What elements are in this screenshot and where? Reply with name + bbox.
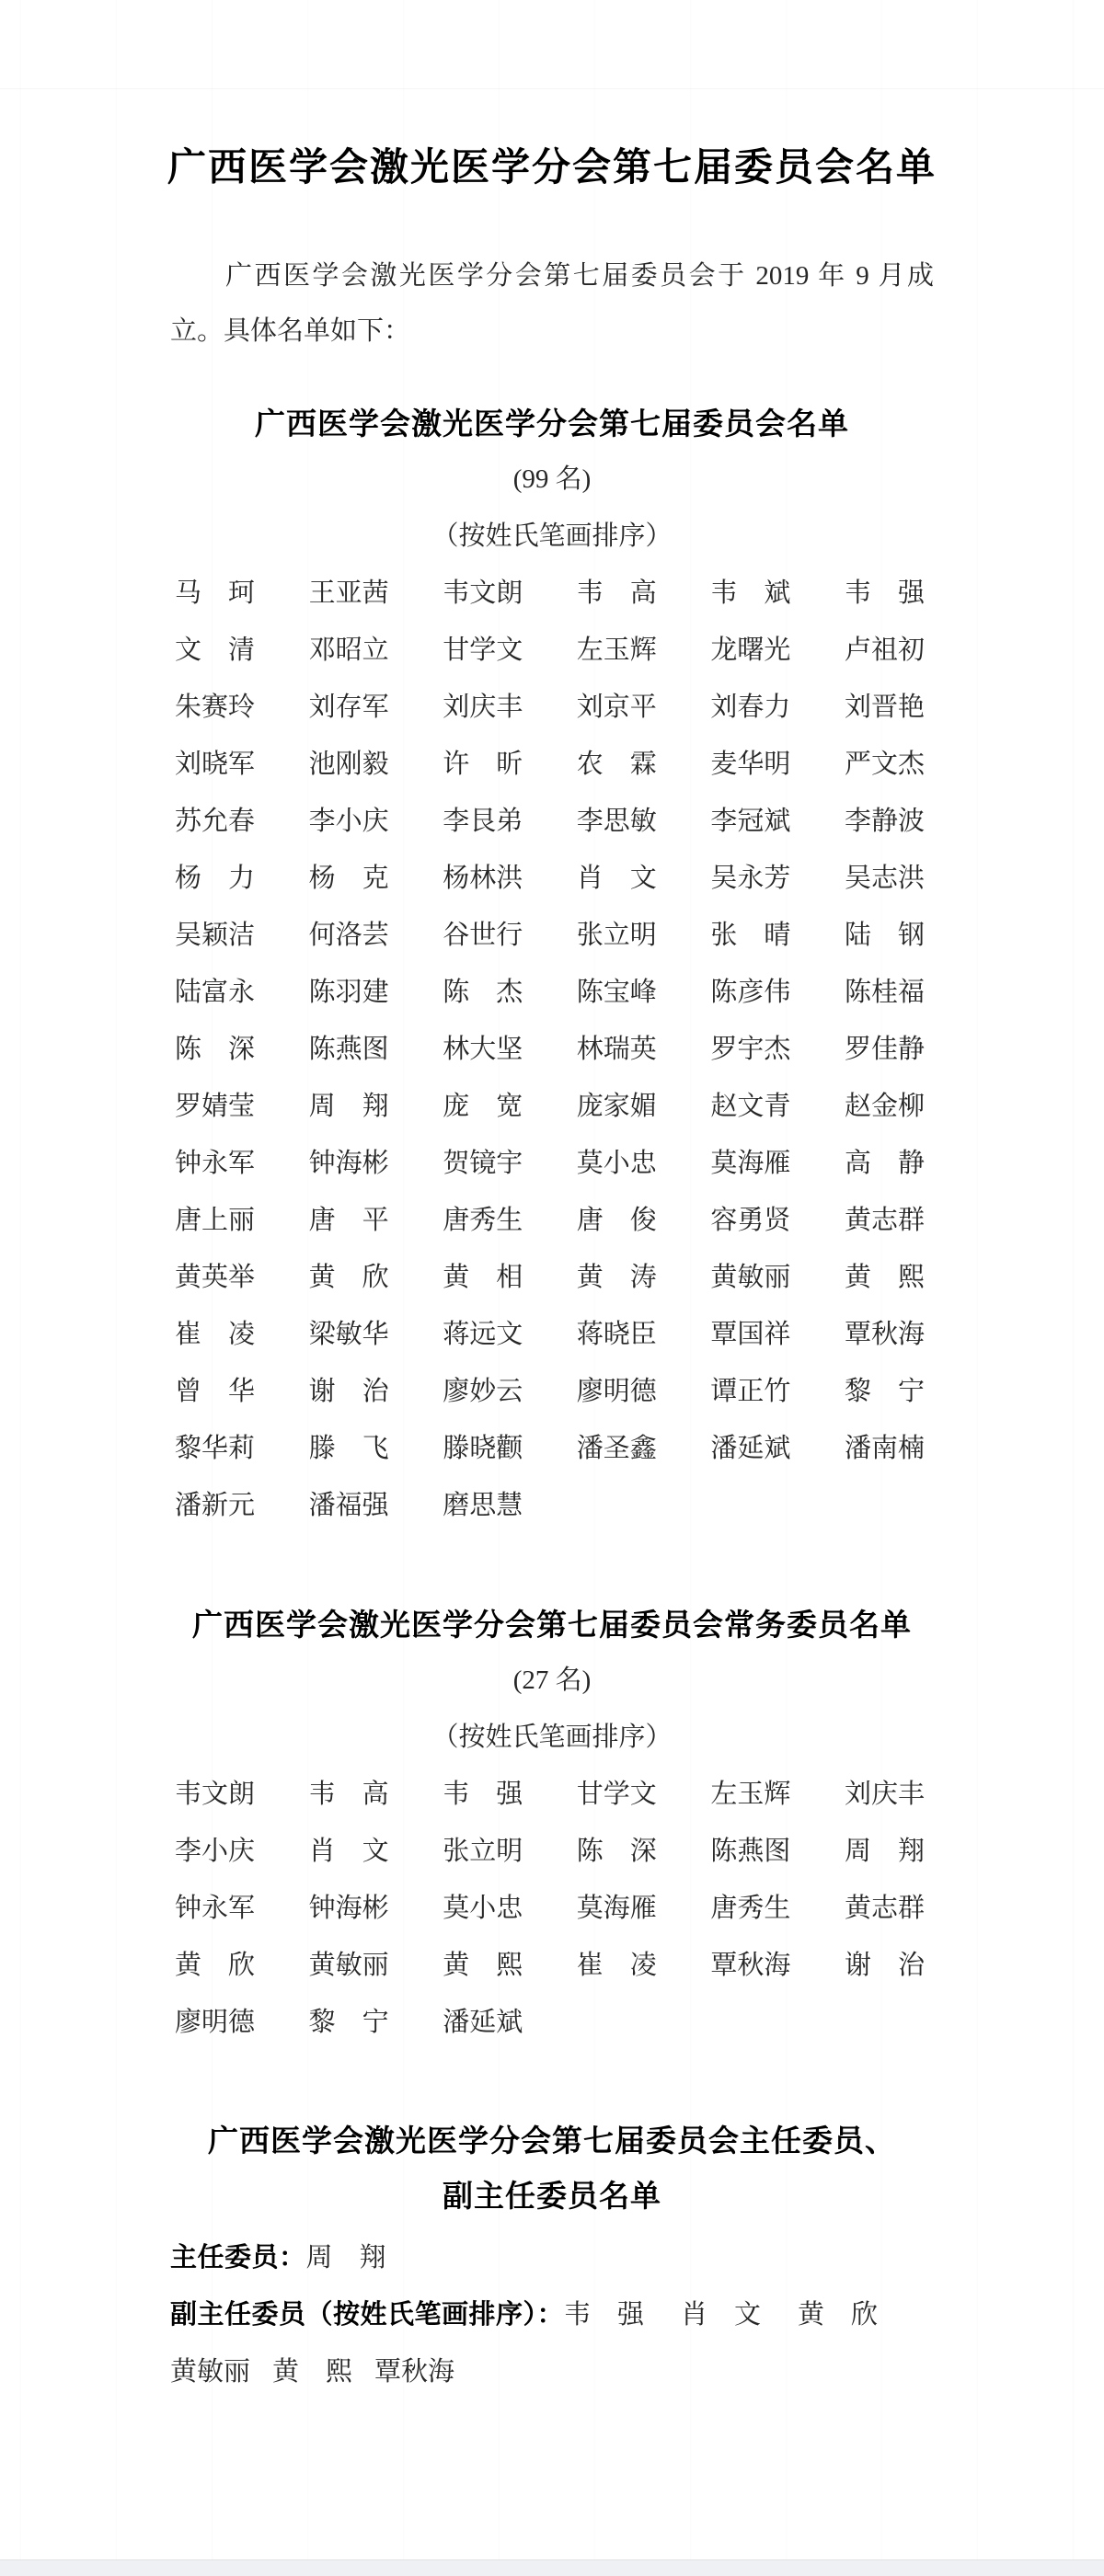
member-name: 张 晴: [710, 907, 795, 964]
member-name: 黄英举: [175, 1249, 259, 1306]
member-name: 韦 强: [845, 565, 929, 622]
member-name: 曾 华: [175, 1363, 259, 1420]
member-name: 林瑞英: [577, 1021, 661, 1078]
member-name: 杨 克: [309, 850, 394, 907]
vice-chairmen-line: 副主任委员（按姓氏笔画排序）：韦 强肖 文黄 欣: [170, 2286, 1104, 2343]
member-name: 刘庆丰: [845, 1766, 929, 1823]
member-name: 钟永军: [175, 1135, 259, 1192]
section-heading-line: 副主任委员名单: [0, 2169, 1104, 2224]
member-name: 韦 高: [577, 565, 661, 622]
member-name: 周 翔: [845, 1823, 929, 1880]
member-name: 磨思慧: [443, 1477, 527, 1534]
member-name: [577, 1477, 661, 1534]
member-name: 容勇贤: [710, 1192, 795, 1249]
member-name: 张立明: [443, 1823, 527, 1880]
chairman-line: 主任委员：周 翔: [170, 2229, 1104, 2286]
member-row: 文 清邓昭立甘学文左玉辉龙曙光卢祖初: [175, 622, 929, 679]
member-name: 苏允春: [175, 793, 259, 850]
member-name: 黎 宁: [845, 1363, 929, 1420]
member-row: 黎华莉滕 飞滕晓颧潘圣鑫潘延斌潘南楠: [175, 1420, 929, 1477]
chairman-label: 主任委员：: [170, 2243, 306, 2273]
member-name: 陈 深: [175, 1021, 259, 1078]
member-name: 谢 治: [845, 1937, 929, 1994]
member-name: 刘春力: [710, 679, 795, 736]
member-name: 吴志洪: [845, 850, 929, 907]
member-name: 钟永军: [175, 1880, 259, 1937]
member-name: 刘京平: [577, 679, 661, 736]
chairman-name: 周 翔: [306, 2243, 386, 2273]
member-name: 林大坚: [443, 1021, 527, 1078]
sort-order-label: （按姓氏笔画排序）: [0, 1709, 1104, 1766]
member-name: 李艮弟: [443, 793, 527, 850]
member-count-label: (99 名): [0, 451, 1104, 508]
member-name: 罗佳静: [845, 1021, 929, 1078]
member-name: 杨 力: [175, 850, 259, 907]
member-name: 唐秀生: [710, 1880, 795, 1937]
member-name: 陈燕图: [309, 1021, 394, 1078]
member-name: 周 翔: [309, 1078, 394, 1135]
member-row: 崔 凌梁敏华蒋远文蒋晓臣覃国祥覃秋海: [175, 1306, 929, 1363]
member-name: 朱赛玲: [175, 679, 259, 736]
officer-name: 黄 欣: [798, 2300, 878, 2330]
member-name: 马 珂: [175, 565, 259, 622]
member-name: 池刚毅: [309, 736, 394, 793]
member-name: 高 静: [845, 1135, 929, 1192]
member-name: 唐 俊: [577, 1192, 661, 1249]
member-name: 文 清: [175, 622, 259, 679]
member-name: 韦 强: [443, 1766, 527, 1823]
member-name: 李小庆: [175, 1823, 259, 1880]
member-row: 曾 华谢 治廖妙云廖明德谭正竹黎 宁: [175, 1363, 929, 1420]
member-name: 韦文朗: [443, 565, 527, 622]
member-name: 肖 文: [577, 850, 661, 907]
member-name: 刘晋艳: [845, 679, 929, 736]
member-name: 潘延斌: [443, 1994, 527, 2051]
section-heading-committee: 广西医学会激光医学分会第七届委员会名单: [0, 397, 1104, 451]
member-row: 罗婧莹周 翔庞 宽庞家媚赵文青赵金柳: [175, 1078, 929, 1135]
member-row: 黄英举黄 欣黄 相黄 涛黄敏丽黄 熙: [175, 1249, 929, 1306]
member-name: 刘存军: [309, 679, 394, 736]
member-name: 黄 涛: [577, 1249, 661, 1306]
member-name: 张立明: [577, 907, 661, 964]
member-name: 左玉辉: [710, 1766, 795, 1823]
member-name: [710, 1477, 795, 1534]
officer-name: 黄 熙: [272, 2357, 352, 2387]
member-name: 李小庆: [309, 793, 394, 850]
member-name: 谷世行: [443, 907, 527, 964]
officer-name: 覃秋海: [374, 2357, 454, 2387]
member-name: 滕 飞: [309, 1420, 394, 1477]
member-row: 马 珂王亚茜韦文朗韦 高韦 斌韦 强: [175, 565, 929, 622]
member-row: 苏允春李小庆李艮弟李思敏李冠斌李静波: [175, 793, 929, 850]
member-row: 李小庆肖 文张立明陈 深陈燕图周 翔: [175, 1823, 929, 1880]
member-name: 何洛芸: [309, 907, 394, 964]
member-name: 王亚茜: [309, 565, 394, 622]
member-row: 朱赛玲刘存军刘庆丰刘京平刘春力刘晋艳: [175, 679, 929, 736]
member-name: 滕晓颧: [443, 1420, 527, 1477]
committee-name-grid: 马 珂王亚茜韦文朗韦 高韦 斌韦 强文 清邓昭立甘学文左玉辉龙曙光卢祖初朱赛玲刘…: [175, 565, 929, 1534]
member-row: 唐上丽唐 平唐秀生唐 俊容勇贤黄志群: [175, 1192, 929, 1249]
member-name: 韦文朗: [175, 1766, 259, 1823]
member-name: 农 霖: [577, 736, 661, 793]
member-name: 黄志群: [845, 1880, 929, 1937]
member-name: 甘学文: [577, 1766, 661, 1823]
member-name: 李思敏: [577, 793, 661, 850]
member-name: 黄 熙: [845, 1249, 929, 1306]
member-name: 卢祖初: [845, 622, 929, 679]
member-row: 钟永军钟海彬贺镜宇莫小忠莫海雁高 静: [175, 1135, 929, 1192]
sort-order-label: （按姓氏笔画排序）: [0, 508, 1104, 565]
member-row: 刘晓军池刚毅许 昕农 霖麦华明严文杰: [175, 736, 929, 793]
member-name: 潘延斌: [710, 1420, 795, 1477]
member-name: 李静波: [845, 793, 929, 850]
vice-chairmen-label: 副主任委员（按姓氏笔画排序）：: [170, 2300, 564, 2330]
member-name: 黎 宁: [309, 1994, 394, 2051]
member-name: 陈 杰: [443, 964, 527, 1021]
member-name: 唐上丽: [175, 1192, 259, 1249]
member-name: 谭正竹: [710, 1363, 795, 1420]
document-page: 广西医学会激光医学分会第七届委员会名单 广西医学会激光医学分会第七届委员会于 2…: [0, 0, 1104, 2576]
faint-grid-line: [0, 88, 1104, 89]
member-name: 潘福强: [309, 1477, 394, 1534]
member-name: 莫小忠: [443, 1880, 527, 1937]
section-heading-standing-committee: 广西医学会激光医学分会第七届委员会常务委员名单: [0, 1598, 1104, 1652]
member-name: 左玉辉: [577, 622, 661, 679]
intro-paragraph: 广西医学会激光医学分会第七届委员会于 2019 年 9 月成 立。具体名单如下：: [170, 248, 934, 359]
member-name: 覃国祥: [710, 1306, 795, 1363]
member-name: 杨林洪: [443, 850, 527, 907]
member-name: 陆富永: [175, 964, 259, 1021]
member-name: 吴永芳: [710, 850, 795, 907]
member-name: 谢 治: [309, 1363, 394, 1420]
member-count-label: (27 名): [0, 1652, 1104, 1709]
vice-chairmen-names: 黄敏丽黄 熙覃秋海: [170, 2357, 477, 2387]
member-name: 黄敏丽: [309, 1937, 394, 1994]
member-name: 庞家媚: [577, 1078, 661, 1135]
member-name: 莫海雁: [577, 1880, 661, 1937]
member-name: 黄 欣: [175, 1937, 259, 1994]
member-row: 潘新元潘福强磨思慧: [175, 1477, 929, 1534]
member-name: 贺镜宇: [443, 1135, 527, 1192]
member-name: 蒋晓臣: [577, 1306, 661, 1363]
member-name: 覃秋海: [710, 1937, 795, 1994]
standing-committee-name-grid: 韦文朗韦 高韦 强甘学文左玉辉刘庆丰李小庆肖 文张立明陈 深陈燕图周 翔钟永军钟…: [175, 1766, 929, 2051]
section-heading-line: 广西医学会激光医学分会第七届委员会主任委员、: [0, 2113, 1104, 2169]
member-name: 崔 凌: [577, 1937, 661, 1994]
officers-block: 主任委员：周 翔 副主任委员（按姓氏笔画排序）：韦 强肖 文黄 欣 黄敏丽黄 熙…: [170, 2229, 1104, 2400]
member-name: 罗宇杰: [710, 1021, 795, 1078]
member-name: [845, 1994, 929, 2051]
member-name: 严文杰: [845, 736, 929, 793]
member-name: 梁敏华: [309, 1306, 394, 1363]
intro-line: 广西医学会激光医学分会第七届委员会于 2019 年 9 月成: [170, 248, 934, 303]
member-name: 黄志群: [845, 1192, 929, 1249]
member-row: 吴颖洁何洛芸谷世行张立明张 晴陆 钢: [175, 907, 929, 964]
member-name: 龙曙光: [710, 622, 795, 679]
page-bottom-strip: [0, 2559, 1104, 2576]
member-name: 许 昕: [443, 736, 527, 793]
member-name: 廖明德: [175, 1994, 259, 2051]
member-name: 崔 凌: [175, 1306, 259, 1363]
member-name: 钟海彬: [309, 1880, 394, 1937]
member-name: 刘晓军: [175, 736, 259, 793]
member-name: 陈燕图: [710, 1823, 795, 1880]
member-name: 陈宝峰: [577, 964, 661, 1021]
vice-chairmen-names: 韦 强肖 文黄 欣: [564, 2300, 914, 2330]
intro-line: 立。具体名单如下：: [170, 303, 934, 359]
member-name: 罗婧莹: [175, 1078, 259, 1135]
member-name: 廖妙云: [443, 1363, 527, 1420]
member-name: [845, 1477, 929, 1534]
member-name: 黄 相: [443, 1249, 527, 1306]
section-heading-chairs: 广西医学会激光医学分会第七届委员会主任委员、 副主任委员名单: [0, 2113, 1104, 2224]
member-row: 韦文朗韦 高韦 强甘学文左玉辉刘庆丰: [175, 1766, 929, 1823]
member-name: 韦 斌: [710, 565, 795, 622]
member-name: 唐 平: [309, 1192, 394, 1249]
member-name: 陈羽建: [309, 964, 394, 1021]
member-name: 蒋远文: [443, 1306, 527, 1363]
member-name: 陈桂福: [845, 964, 929, 1021]
document-title: 广西医学会激光医学分会第七届委员会名单: [0, 0, 1104, 191]
member-name: 莫海雁: [710, 1135, 795, 1192]
member-name: 庞 宽: [443, 1078, 527, 1135]
officer-name: 肖 文: [681, 2300, 761, 2330]
member-row: 钟永军钟海彬莫小忠莫海雁唐秀生黄志群: [175, 1880, 929, 1937]
member-name: 吴颖洁: [175, 907, 259, 964]
vice-chairmen-line-wrap: 黄敏丽黄 熙覃秋海: [170, 2343, 1104, 2400]
member-row: 廖明德黎 宁潘延斌: [175, 1994, 929, 2051]
member-name: 陈彦伟: [710, 964, 795, 1021]
member-name: 陆 钢: [845, 907, 929, 964]
member-name: 覃秋海: [845, 1306, 929, 1363]
member-row: 陈 深陈燕图林大坚林瑞英罗宇杰罗佳静: [175, 1021, 929, 1078]
member-name: 刘庆丰: [443, 679, 527, 736]
member-name: [577, 1994, 661, 2051]
member-name: 黄敏丽: [710, 1249, 795, 1306]
member-name: 莫小忠: [577, 1135, 661, 1192]
member-name: 黄 熙: [443, 1937, 527, 1994]
member-name: 黄 欣: [309, 1249, 394, 1306]
member-row: 黄 欣黄敏丽黄 熙崔 凌覃秋海谢 治: [175, 1937, 929, 1994]
member-row: 陆富永陈羽建陈 杰陈宝峰陈彦伟陈桂福: [175, 964, 929, 1021]
member-name: 廖明德: [577, 1363, 661, 1420]
officer-name: 韦 强: [564, 2300, 644, 2330]
member-name: 赵金柳: [845, 1078, 929, 1135]
member-name: 潘南楠: [845, 1420, 929, 1477]
member-row: 杨 力杨 克杨林洪肖 文吴永芳吴志洪: [175, 850, 929, 907]
member-name: 陈 深: [577, 1823, 661, 1880]
member-name: 潘新元: [175, 1477, 259, 1534]
member-name: 赵文青: [710, 1078, 795, 1135]
member-name: 李冠斌: [710, 793, 795, 850]
member-name: 肖 文: [309, 1823, 394, 1880]
officer-name: 黄敏丽: [170, 2357, 250, 2387]
member-name: 麦华明: [710, 736, 795, 793]
member-name: [710, 1994, 795, 2051]
member-name: 黎华莉: [175, 1420, 259, 1477]
member-name: 韦 高: [309, 1766, 394, 1823]
member-name: 甘学文: [443, 622, 527, 679]
member-name: 唐秀生: [443, 1192, 527, 1249]
member-name: 邓昭立: [309, 622, 394, 679]
member-name: 潘圣鑫: [577, 1420, 661, 1477]
member-name: 钟海彬: [309, 1135, 394, 1192]
